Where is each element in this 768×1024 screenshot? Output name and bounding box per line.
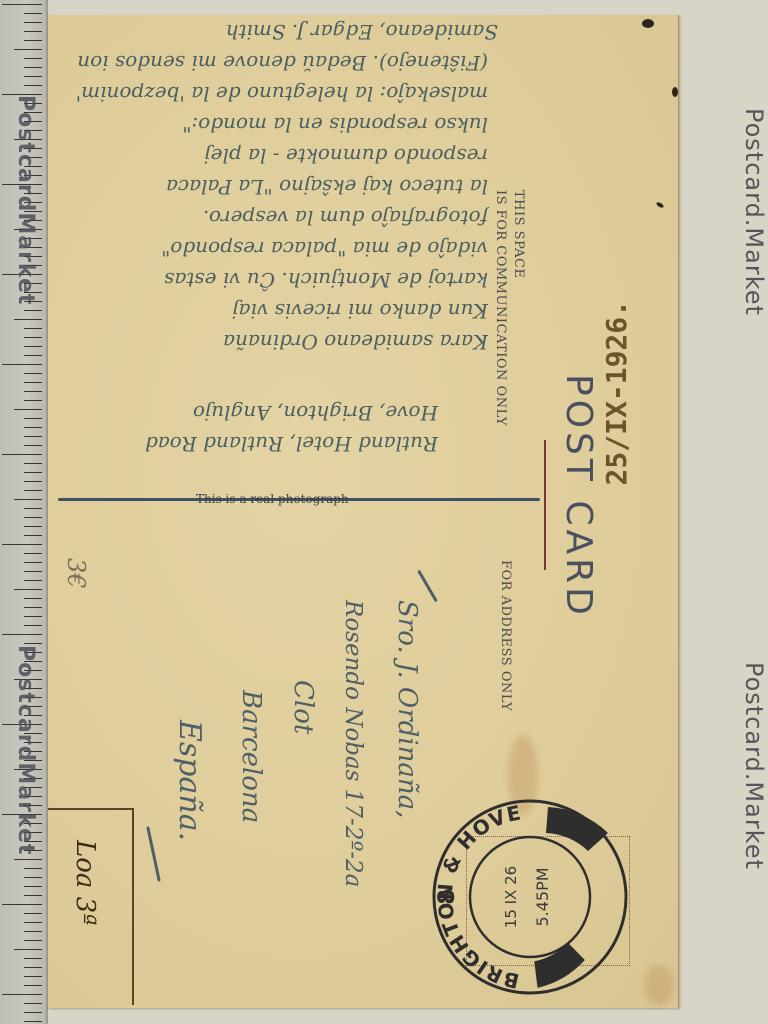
message-line: respondo dumnokte - la plej xyxy=(204,144,488,168)
ruler-tick xyxy=(24,976,42,977)
ruler-tick xyxy=(24,625,42,626)
ruler-tick xyxy=(24,643,42,644)
ruler-tick xyxy=(24,391,42,392)
ruler-tick xyxy=(24,13,42,14)
ruler-tick xyxy=(24,40,42,41)
ruler-tick xyxy=(24,445,42,446)
measuring-ruler: PostcardMarket PostcardMarket xyxy=(0,0,48,1024)
handwritten-message: Samideano, Edgar J. Smith(Fiŝtenejo). Be… xyxy=(58,20,498,460)
message-line: vidaĵo de mia "palaca respondo" xyxy=(161,237,488,261)
communication-label-line1: THIS SPACE xyxy=(511,190,526,278)
box-note: Loa 3ª xyxy=(70,840,100,926)
address-line-4: Barcelona xyxy=(236,690,266,823)
postmark-time: 5.45PM xyxy=(533,867,552,926)
center-divider xyxy=(544,440,546,570)
ruler-tick xyxy=(24,985,42,986)
message-line: Kara samideano Ordinaña xyxy=(223,330,488,354)
address-space-label: FOR ADDRESS ONLY xyxy=(498,560,513,711)
postmark-cancellation: BRIGHTON & HOVE SUSSEX 8 15 IX 26 5.45PM xyxy=(430,797,630,997)
ruler-tick xyxy=(14,589,42,590)
ruler-tick xyxy=(24,886,42,887)
message-line: lukso respondis en la mondo:" xyxy=(182,113,488,137)
message-line: kartoj de Montjuich. Ĉu vi estas xyxy=(164,268,488,292)
message-line: Hove, Brighton, Anglujo xyxy=(193,401,438,425)
ruler-tick xyxy=(24,481,42,482)
ruler-tick xyxy=(24,526,42,527)
ruler-tick xyxy=(24,562,42,563)
ruler-tick xyxy=(24,958,42,959)
message-line: fotografiaĵo dum la vespero. xyxy=(203,206,488,230)
ruler-tick xyxy=(14,49,42,50)
ink-fleck xyxy=(656,201,665,208)
message-line: Kun danko mi ricevis viaj xyxy=(232,299,488,323)
corner-spot xyxy=(642,19,654,28)
ruler-tick xyxy=(24,400,42,401)
corner-stain xyxy=(644,965,674,1005)
ruler-tick xyxy=(24,58,42,59)
ruler-tick xyxy=(24,553,42,554)
ruler-tick xyxy=(24,463,42,464)
date-note: 25/IX-1926. xyxy=(600,300,633,485)
ruler-watermark-top: PostcardMarket xyxy=(8,95,38,305)
post-card-title: POST CARD xyxy=(560,374,596,619)
ruler-tick xyxy=(24,427,42,428)
ruler-tick xyxy=(2,544,42,545)
message-line: (Fiŝtenejo). Bedaŭ denove mi sendos ion xyxy=(77,51,488,75)
ruler-tick xyxy=(24,616,42,617)
ruler-tick xyxy=(14,409,42,410)
ruler-tick xyxy=(24,22,42,23)
postmark-number: 8 xyxy=(435,889,460,904)
ruler-tick xyxy=(24,85,42,86)
ruler-tick xyxy=(24,67,42,68)
ruler-tick xyxy=(14,949,42,950)
ruler-tick xyxy=(14,499,42,500)
message-line: la tuteco kaj ekŝajno "La Palaca xyxy=(166,175,488,199)
ruler-tick xyxy=(24,1003,42,1004)
ruler-tick xyxy=(24,877,42,878)
real-photograph-note: This is a real photograph xyxy=(196,492,349,506)
ruler-tick xyxy=(2,454,42,455)
ruler-tick xyxy=(24,373,42,374)
ruler-tick xyxy=(2,634,42,635)
ruler-tick xyxy=(24,346,42,347)
ruler-tick xyxy=(24,931,42,932)
ruler-tick xyxy=(24,967,42,968)
ruler-tick xyxy=(24,490,42,491)
ruler-tick xyxy=(24,517,42,518)
ruler-tick xyxy=(24,868,42,869)
message-line: Samideano, Edgar J. Smith xyxy=(226,20,498,44)
ruler-tick xyxy=(2,4,42,5)
ruler-tick xyxy=(2,904,42,905)
ruler-tick xyxy=(24,382,42,383)
watermark-top: Postcard.Market xyxy=(728,108,768,316)
ruler-tick xyxy=(24,580,42,581)
watermark-bottom: Postcard.Market xyxy=(728,662,768,870)
ruler-tick xyxy=(24,940,42,941)
ruler-tick xyxy=(24,598,42,599)
ruler-tick xyxy=(24,76,42,77)
ruler-tick xyxy=(24,31,42,32)
ruler-tick xyxy=(24,436,42,437)
ruler-tick xyxy=(24,508,42,509)
ruler-tick xyxy=(24,913,42,914)
ruler-watermark-bottom: PostcardMarket xyxy=(8,645,38,855)
address-line-5: España. xyxy=(172,720,207,841)
address-line-2: Rosendo Nobas 17-2º-2a xyxy=(340,600,366,887)
address-line-3: Clot xyxy=(288,680,318,734)
ruler-tick xyxy=(14,859,42,860)
ruler-tick xyxy=(24,607,42,608)
ruler-tick xyxy=(24,922,42,923)
message-line: malsekaĵo: la helegtuno de la 'bezponim' xyxy=(76,82,488,106)
ruler-tick xyxy=(24,535,42,536)
edge-spot xyxy=(672,87,678,97)
pencil-price-note: 3€ xyxy=(62,558,90,589)
ruler-tick xyxy=(2,994,42,995)
ruler-tick xyxy=(24,472,42,473)
address-line-1: Sro. J. Ordinaña, xyxy=(392,600,422,818)
ruler-tick xyxy=(24,1012,42,1013)
ruler-tick xyxy=(24,355,42,356)
ruler-tick xyxy=(24,571,42,572)
ruler-tick xyxy=(24,895,42,896)
ruler-tick xyxy=(24,328,42,329)
message-line: Rutland Hotel, Rutland Road xyxy=(145,432,438,456)
ruler-tick xyxy=(24,337,42,338)
postmark-date: 15 IX 26 xyxy=(502,866,520,928)
ruler-tick xyxy=(24,418,42,419)
ruler-tick xyxy=(2,364,42,365)
ruler-tick xyxy=(24,310,42,311)
ruler-tick xyxy=(24,1021,42,1022)
ruler-tick xyxy=(14,319,42,320)
